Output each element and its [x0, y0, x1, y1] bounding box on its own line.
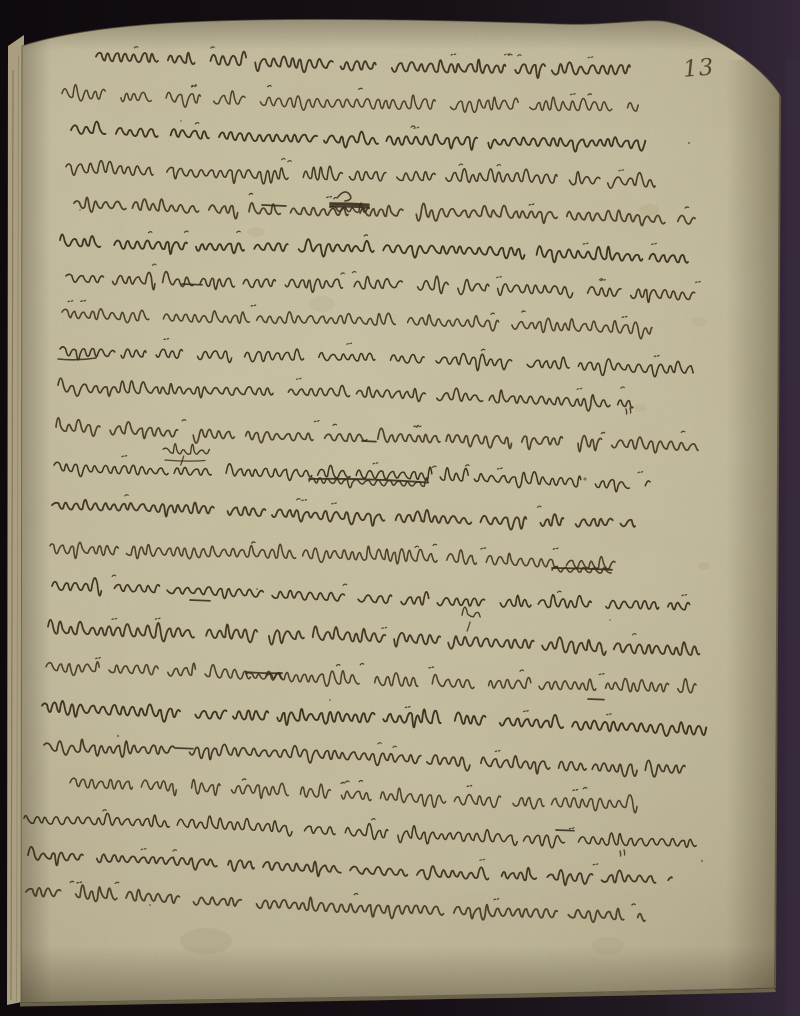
- ink-fleck: [117, 735, 119, 737]
- foxing-stain: [691, 317, 707, 327]
- em-dash-stroke: [362, 441, 376, 442]
- em-dash-stroke: [190, 600, 210, 601]
- foxing-stain: [633, 404, 647, 412]
- em-dash-stroke: [262, 205, 286, 206]
- foxing-stain: [639, 204, 659, 216]
- manuscript-scan: 13: [0, 0, 800, 1016]
- ink-fleck: [149, 904, 151, 906]
- ink-fleck: [583, 477, 586, 480]
- em-dash-stroke: [182, 284, 202, 285]
- em-dash-stroke: [588, 699, 604, 700]
- ink-fleck: [701, 860, 703, 862]
- em-dash-stroke: [175, 748, 193, 749]
- ink-fleck: [688, 142, 690, 144]
- ink-fleck: [79, 209, 81, 211]
- page-number: 13: [682, 54, 715, 83]
- left-edge-shade: [21, 40, 51, 1005]
- manuscript-svg: 13: [0, 0, 800, 1016]
- right-edge-shade: [726, 60, 782, 1000]
- foxing-stain: [247, 227, 265, 237]
- foxing-stain: [309, 296, 335, 312]
- ink-fleck: [256, 588, 258, 590]
- ink-fleck: [329, 699, 331, 701]
- ink-fleck: [609, 619, 611, 621]
- foxing-stain: [698, 562, 710, 570]
- binding-shadow-strip: [786, 60, 800, 1016]
- ink-fleck: [180, 120, 182, 122]
- em-dash-stroke: [556, 830, 574, 831]
